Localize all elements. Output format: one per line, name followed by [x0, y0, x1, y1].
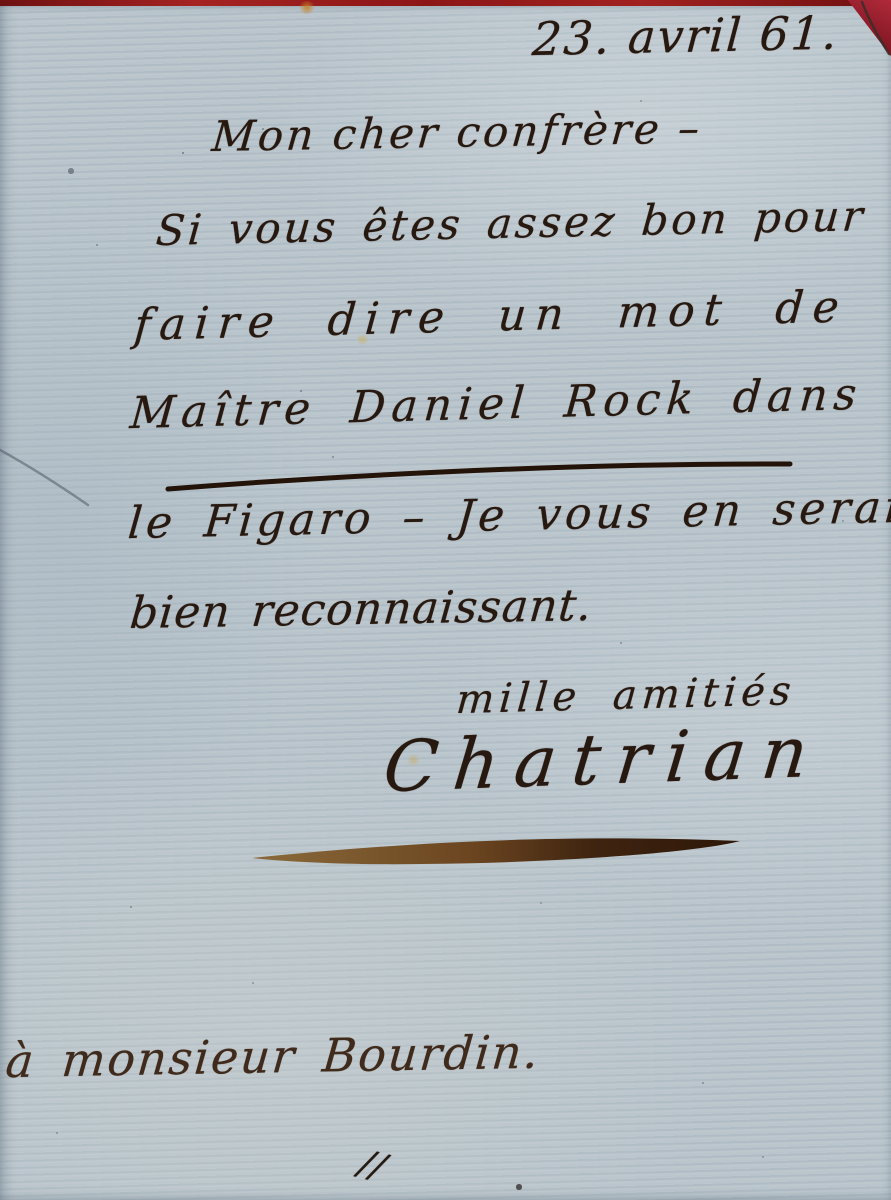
rust-stain — [298, 1, 316, 14]
letter-photo: 23. avril 61. Mon cher confrère – Si vou… — [0, 0, 891, 1200]
address-line: à monsieur Bourdin. — [4, 1029, 542, 1084]
ink-specks — [0, 0, 2, 2]
signature-line: Chatrian — [381, 717, 827, 803]
date-line: 23. avril 61. — [531, 10, 840, 62]
backing-board-top-edge — [0, 0, 891, 6]
salutation-line: Mon cher confrère – — [210, 107, 704, 158]
body-line-5: bien reconnaissant. — [128, 584, 594, 636]
